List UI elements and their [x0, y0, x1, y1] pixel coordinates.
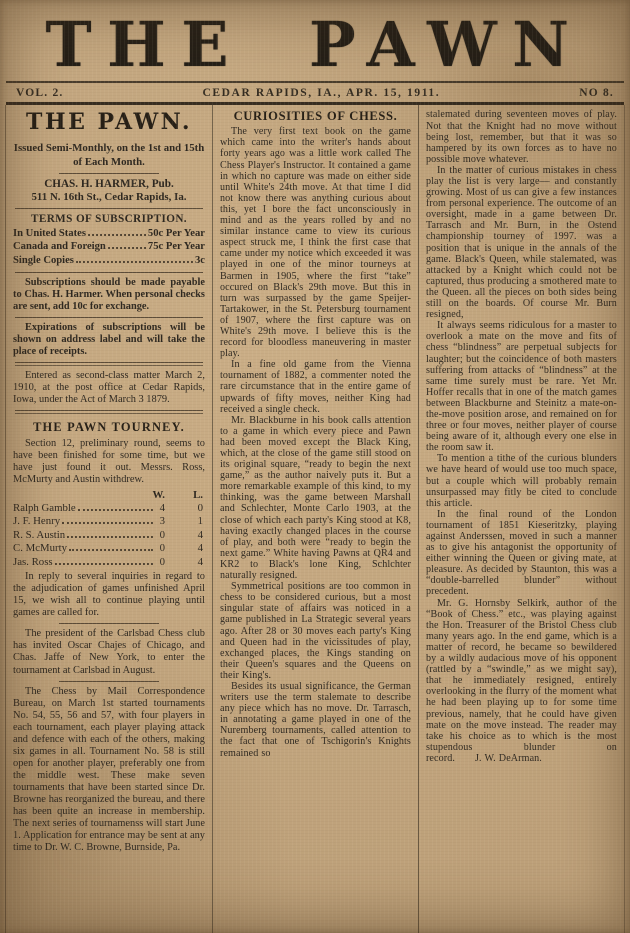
- publisher-line: CHAS. H. HARMER, Pub.: [13, 178, 205, 191]
- article-paragraph: Symmetrical positions are too common in …: [220, 581, 411, 681]
- divider: [59, 681, 159, 682]
- article-paragraph: In a fine old game from the Vienna tourn…: [220, 359, 411, 414]
- article-paragraph-text: Mr. G. Hornsby Selkirk, author of the “B…: [426, 598, 617, 764]
- terms-value: 50c Per Year: [148, 227, 205, 241]
- publisher-address: 511 N. 16th St., Cedar Rapids, Ia.: [13, 191, 205, 204]
- double-divider: [15, 410, 203, 414]
- article-paragraph: The very first text book on the game whi…: [220, 126, 411, 359]
- table-row: Jas. Ross 0 4: [13, 556, 205, 569]
- divider: [15, 317, 203, 318]
- wins-value: 3: [155, 515, 165, 528]
- expirations-note: Expirations of subscriptions will be sho…: [13, 322, 205, 358]
- columns: THE PAWN. Issued Semi-Monthly, on the 1s…: [5, 105, 625, 933]
- dot-leader: [78, 509, 153, 511]
- dot-leader: [62, 522, 153, 524]
- standings-header: W. L.: [13, 489, 205, 502]
- wins-value: 4: [155, 502, 165, 515]
- author-signature: J. W. DeArman.: [455, 753, 542, 764]
- losses-value: 4: [165, 556, 205, 569]
- losses-value: 1: [165, 515, 205, 528]
- wins-value: 0: [155, 542, 165, 555]
- column-right: stalemated during seventeen moves of pla…: [418, 105, 624, 933]
- dateline-row: VOL. 2. CEDAR RAPIDS, IA., APR. 15, 1911…: [6, 81, 624, 105]
- article-paragraph: Besides its usual significance, the Germ…: [220, 681, 411, 759]
- divider: [15, 272, 203, 273]
- dot-leader: [88, 234, 146, 236]
- column-header-losses: L.: [165, 489, 205, 502]
- table-row: Ralph Gamble 4 0: [13, 502, 205, 515]
- column-middle: CURIOSITIES OF CHESS. The very first tex…: [212, 105, 418, 933]
- article-paragraph: In the final round of the London tournam…: [426, 509, 617, 598]
- dot-leader: [108, 247, 146, 249]
- carlsbad-para: The president of the Carlsbad Chess club…: [13, 628, 205, 676]
- player-name: C. McMurty: [13, 542, 67, 555]
- terms-value: 3c: [195, 254, 205, 268]
- adjudication-para: In reply to several inquiries in regard …: [13, 571, 205, 619]
- divider: [59, 623, 159, 624]
- terms-value: 75c Per Year: [148, 240, 205, 254]
- paper-name-heading: THE PAWN.: [13, 110, 205, 136]
- entered-note: Entered as second-class matter March 2, …: [13, 370, 205, 406]
- terms-row: Single Copies 3c: [13, 254, 205, 268]
- losses-value: 4: [165, 542, 205, 555]
- table-row: C. McMurty 0 4: [13, 542, 205, 555]
- masthead-title: THE PAWN: [0, 10, 630, 79]
- player-name: J. F. Henry: [13, 515, 60, 528]
- terms-label: In United States: [13, 227, 86, 241]
- player-name: Ralph Gamble: [13, 502, 76, 515]
- terms-label: Single Copies: [13, 254, 74, 268]
- article-heading: CURIOSITIES OF CHESS.: [220, 110, 411, 124]
- terms-row: Canada and Foreign 75c Per Year: [13, 240, 205, 254]
- losses-value: 0: [165, 502, 205, 515]
- mail-bureau-para: The Chess by Mail Correspondence Bureau,…: [13, 686, 205, 855]
- article-paragraph: In the matter of curious mistakes in che…: [426, 165, 617, 320]
- article-paragraph: Mr. G. Hornsby Selkirk, author of the “B…: [426, 598, 617, 764]
- terms-label: Canada and Foreign: [13, 240, 106, 254]
- dot-leader: [67, 536, 153, 538]
- terms-row: In United States 50c Per Year: [13, 227, 205, 241]
- divider: [59, 173, 159, 174]
- issue-label: NO 8.: [579, 87, 614, 99]
- wins-value: 0: [155, 529, 165, 542]
- volume-label: VOL. 2.: [16, 87, 63, 99]
- wins-value: 0: [155, 556, 165, 569]
- losses-value: 4: [165, 529, 205, 542]
- tourney-heading: THE PAWN TOURNEY.: [13, 420, 205, 434]
- newspaper-page: THE PAWN VOL. 2. CEDAR RAPIDS, IA., APR.…: [0, 0, 630, 933]
- payable-note: Subscriptions should be made payable to …: [13, 277, 205, 313]
- player-name: R. S. Austin: [13, 529, 65, 542]
- article-paragraph: Mr. Blackburne in his book calls attenti…: [220, 415, 411, 581]
- standings-table: W. L. Ralph Gamble 4 0 J. F. Henry 3 1 R…: [13, 489, 205, 569]
- table-row: R. S. Austin 0 4: [13, 529, 205, 542]
- issued-note: Issued Semi-Monthly, on the 1st and 15th…: [13, 141, 205, 169]
- masthead: THE PAWN: [0, 0, 630, 79]
- article-paragraph: stalemated during seventeen moves of pla…: [426, 109, 617, 164]
- dateline-text: CEDAR RAPIDS, IA., APR. 15, 1911.: [202, 87, 440, 99]
- double-divider: [15, 362, 203, 366]
- article-paragraph: It always seems ridiculous for a master …: [426, 320, 617, 453]
- dot-leader: [69, 549, 153, 551]
- column-left: THE PAWN. Issued Semi-Monthly, on the 1s…: [6, 105, 212, 933]
- divider: [15, 208, 203, 209]
- dot-leader: [55, 563, 153, 565]
- article-paragraph: To mention a tithe of the curious blunde…: [426, 453, 617, 508]
- dot-leader: [76, 261, 193, 263]
- terms-heading: TERMS OF SUBSCRIPTION.: [13, 213, 205, 226]
- tourney-intro: Section 12, preliminary round, seems to …: [13, 438, 205, 486]
- table-row: J. F. Henry 3 1: [13, 515, 205, 528]
- column-header-wins: W.: [149, 489, 165, 502]
- player-name: Jas. Ross: [13, 556, 53, 569]
